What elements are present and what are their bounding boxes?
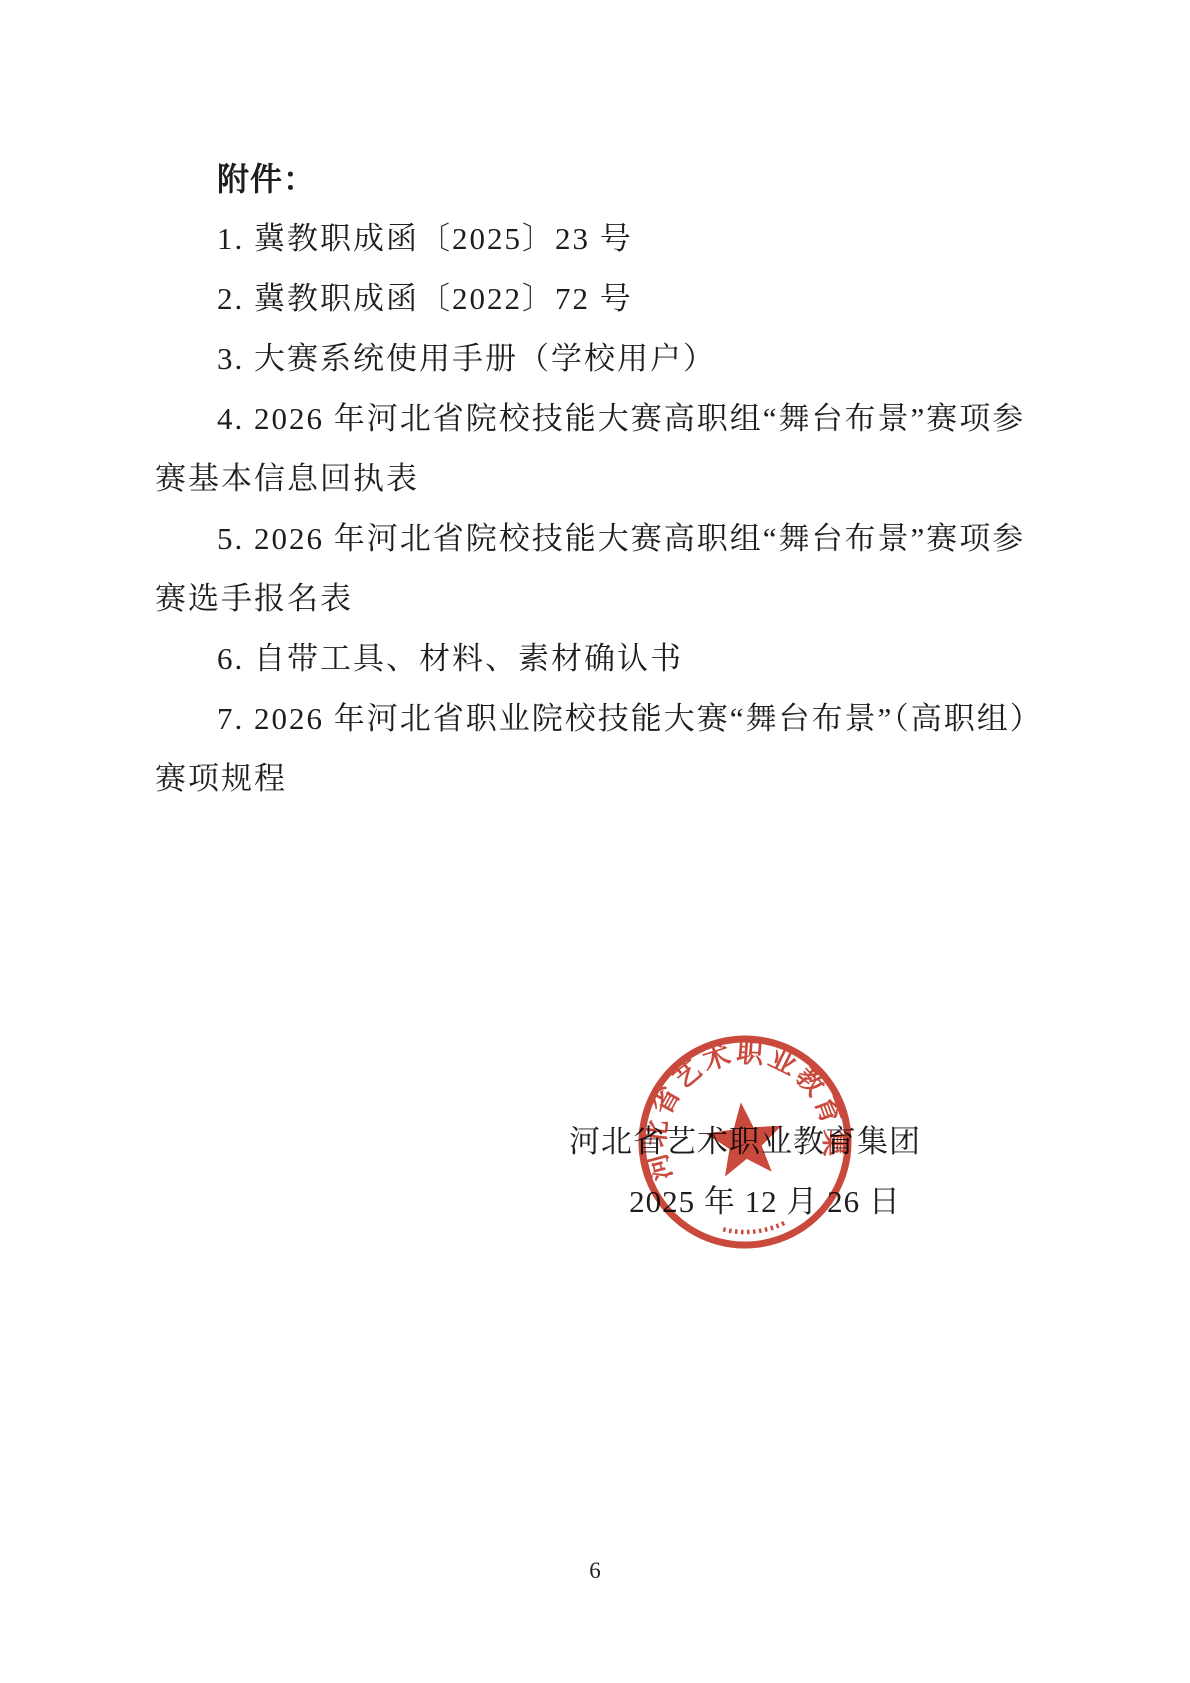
official-seal-stamp: 河北省艺术职业教育集团	[625, 1022, 865, 1262]
attachments-section: 附件： 1. 冀教职成函〔2025〕23 号 2. 冀教职成函〔2022〕72 …	[155, 149, 1055, 809]
attachment-item-1: 1. 冀教职成函〔2025〕23 号	[155, 209, 1055, 269]
document-page: 附件： 1. 冀教职成函〔2025〕23 号 2. 冀教职成函〔2022〕72 …	[0, 0, 1190, 1683]
page-number: 6	[0, 1558, 1190, 1584]
attachment-item-2: 2. 冀教职成函〔2022〕72 号	[155, 269, 1055, 329]
attachment-item-4-line-2: 赛基本信息回执表	[155, 449, 1055, 509]
attachment-item-3: 3. 大赛系统使用手册（学校用户）	[155, 329, 1055, 389]
attachments-heading: 附件：	[155, 149, 1055, 209]
attachment-item-6: 6. 自带工具、材料、素材确认书	[155, 629, 1055, 689]
seal-code-marks	[723, 1223, 785, 1235]
attachment-item-4-line-1: 4. 2026 年河北省院校技能大赛高职组“舞台布景”赛项参	[155, 389, 1055, 449]
attachment-item-5-line-1: 5. 2026 年河北省院校技能大赛高职组“舞台布景”赛项参	[155, 509, 1055, 569]
seal-star-icon	[703, 1098, 786, 1178]
attachment-item-5-line-2: 赛选手报名表	[155, 569, 1055, 629]
attachment-item-7-line-1: 7. 2026 年河北省职业院校技能大赛“舞台布景”（高职组）	[155, 689, 1055, 749]
seal-graphic: 河北省艺术职业教育集团	[630, 1027, 862, 1256]
attachment-item-7-line-2: 赛项规程	[155, 749, 1055, 809]
